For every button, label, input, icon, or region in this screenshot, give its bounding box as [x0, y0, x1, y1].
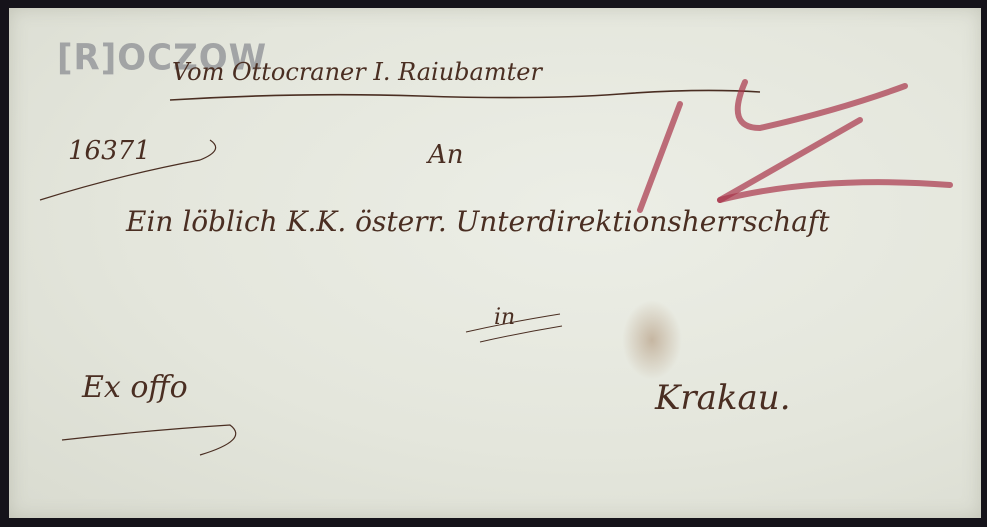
- handwriting-flourishes: [0, 0, 987, 527]
- red-crayon-mark: [640, 82, 950, 210]
